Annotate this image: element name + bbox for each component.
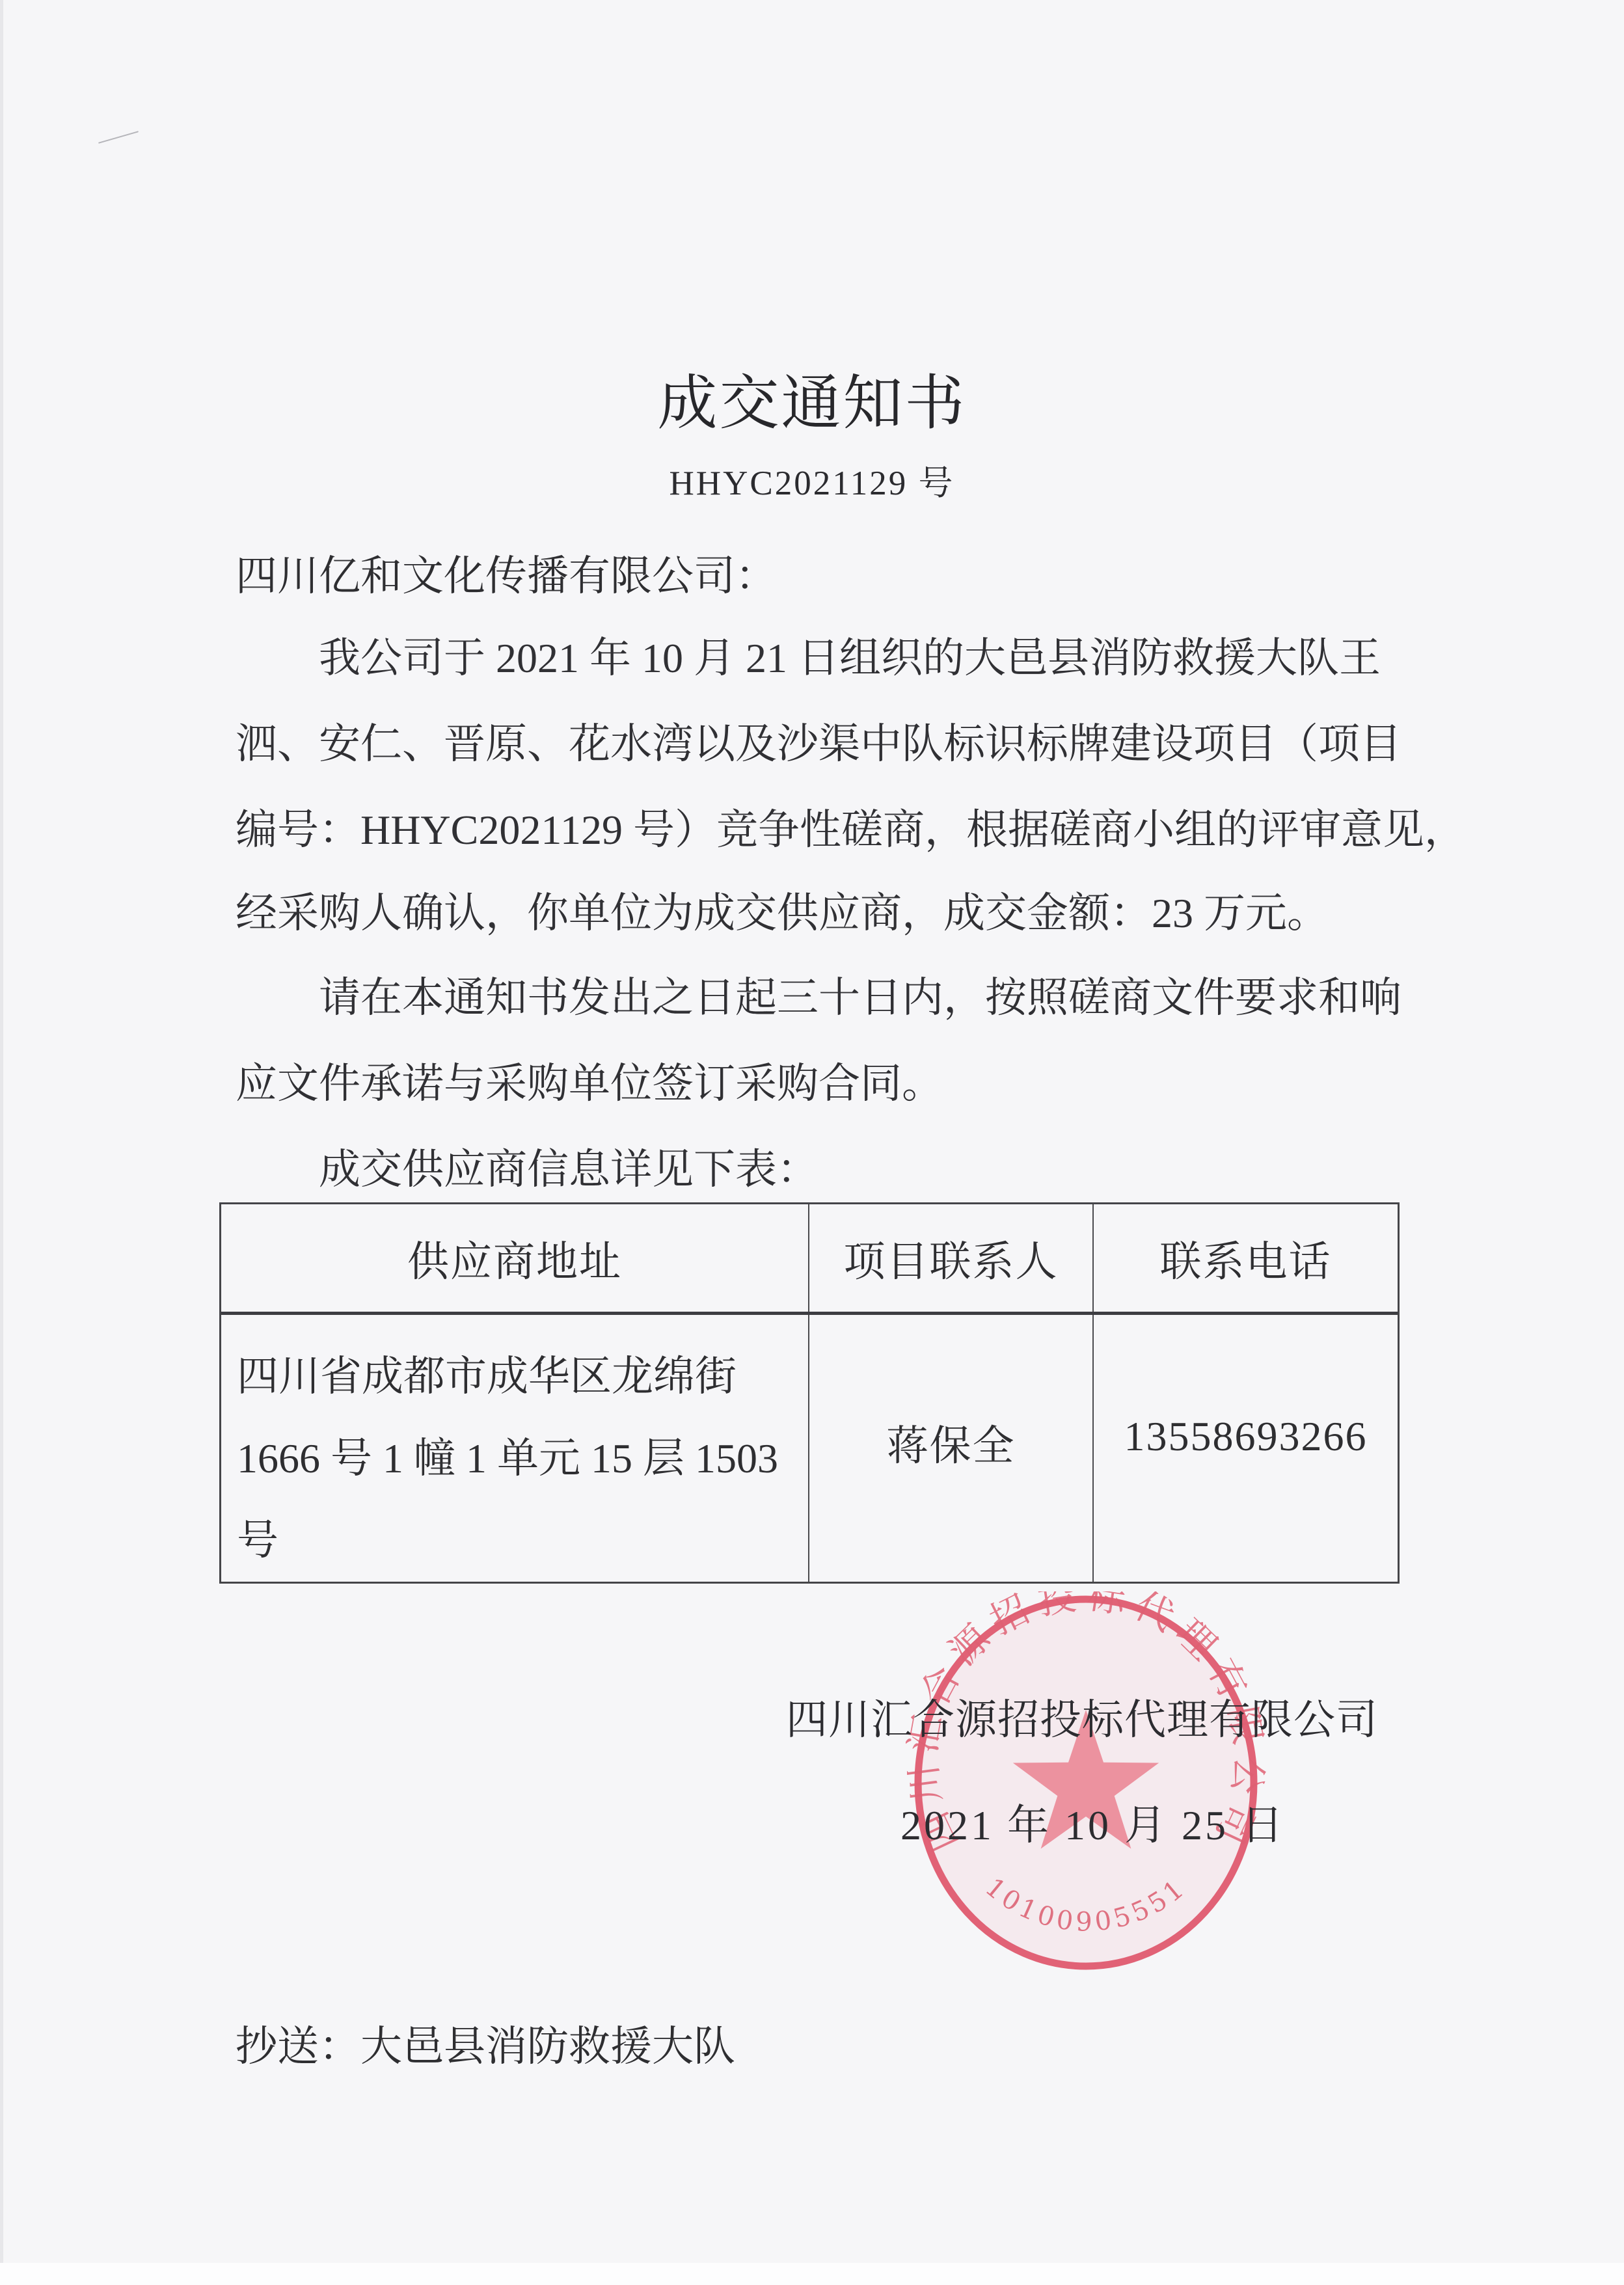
supplier-address-cell: 四川省成都市成华区龙绵街 1666 号 1 幢 1 单元 15 层 1503 号 (221, 1315, 809, 1582)
address-line: 四川省成都市成华区龙绵街 (237, 1336, 798, 1418)
pencil-mark (98, 131, 139, 144)
table-row: 四川省成都市成华区龙绵街 1666 号 1 幢 1 单元 15 层 1503 号… (221, 1315, 1398, 1582)
table-intro-line: 成交供应商信息详见下表： (236, 1136, 1496, 1196)
body-line: 我公司于 2021 年 10 月 21 日组织的大邑县消防救援大队王 (236, 625, 1496, 684)
body-line: 经采购人确认，你单位为成交供应商，成交金额：23 万元。 (236, 880, 1413, 940)
scan-bottom-edge (0, 2263, 1624, 2285)
body-line: 请在本通知书发出之日起三十日内，按照磋商文件要求和响 (236, 964, 1496, 1024)
issue-date: 2021 年 10 月 25 日 (900, 1792, 1286, 1852)
body-line: 应文件承诺与采购单位签订采购合同。 (236, 1050, 1413, 1110)
project-contact-cell: 蒋保全 (809, 1315, 1094, 1582)
scan-edge-shadow (0, 0, 3, 2285)
document-number: HHYC2021129 号 (0, 455, 1624, 505)
header-supplier-address: 供应商地址 (221, 1204, 809, 1312)
recipient-company: 四川亿和文化传播有限公司： (236, 543, 777, 602)
issuer-company-name: 四川汇合源招投标代理有限公司 (786, 1686, 1378, 1746)
header-project-contact: 项目联系人 (809, 1204, 1094, 1312)
supplier-info-table: 供应商地址 项目联系人 联系电话 四川省成都市成华区龙绵街 1666 号 1 幢… (219, 1202, 1400, 1584)
body-line: 编号：HHYC2021129 号）竞争性磋商，根据磋商小组的评审意见， (236, 796, 1413, 856)
body-line: 泗、安仁、晋原、花水湾以及沙渠中队标识标牌建设项目（项目 (236, 710, 1413, 770)
cc-line: 抄送：大邑县消防救援大队 (236, 2013, 735, 2073)
table-header-row: 供应商地址 项目联系人 联系电话 (221, 1204, 1398, 1315)
header-contact-phone: 联系电话 (1094, 1204, 1398, 1312)
contact-phone-cell: 13558693266 (1094, 1315, 1398, 1582)
red-company-seal: 四川汇合源招投标代理有限公司 5101009055517 (906, 1591, 1267, 1977)
scanned-document-page: 成交通知书 HHYC2021129 号 四川亿和文化传播有限公司： 我公司于 2… (0, 0, 1624, 2285)
page-title: 成交通知书 (0, 355, 1624, 441)
address-line: 1666 号 1 幢 1 单元 15 层 1503 (237, 1418, 798, 1500)
address-line: 号 (237, 1500, 798, 1582)
